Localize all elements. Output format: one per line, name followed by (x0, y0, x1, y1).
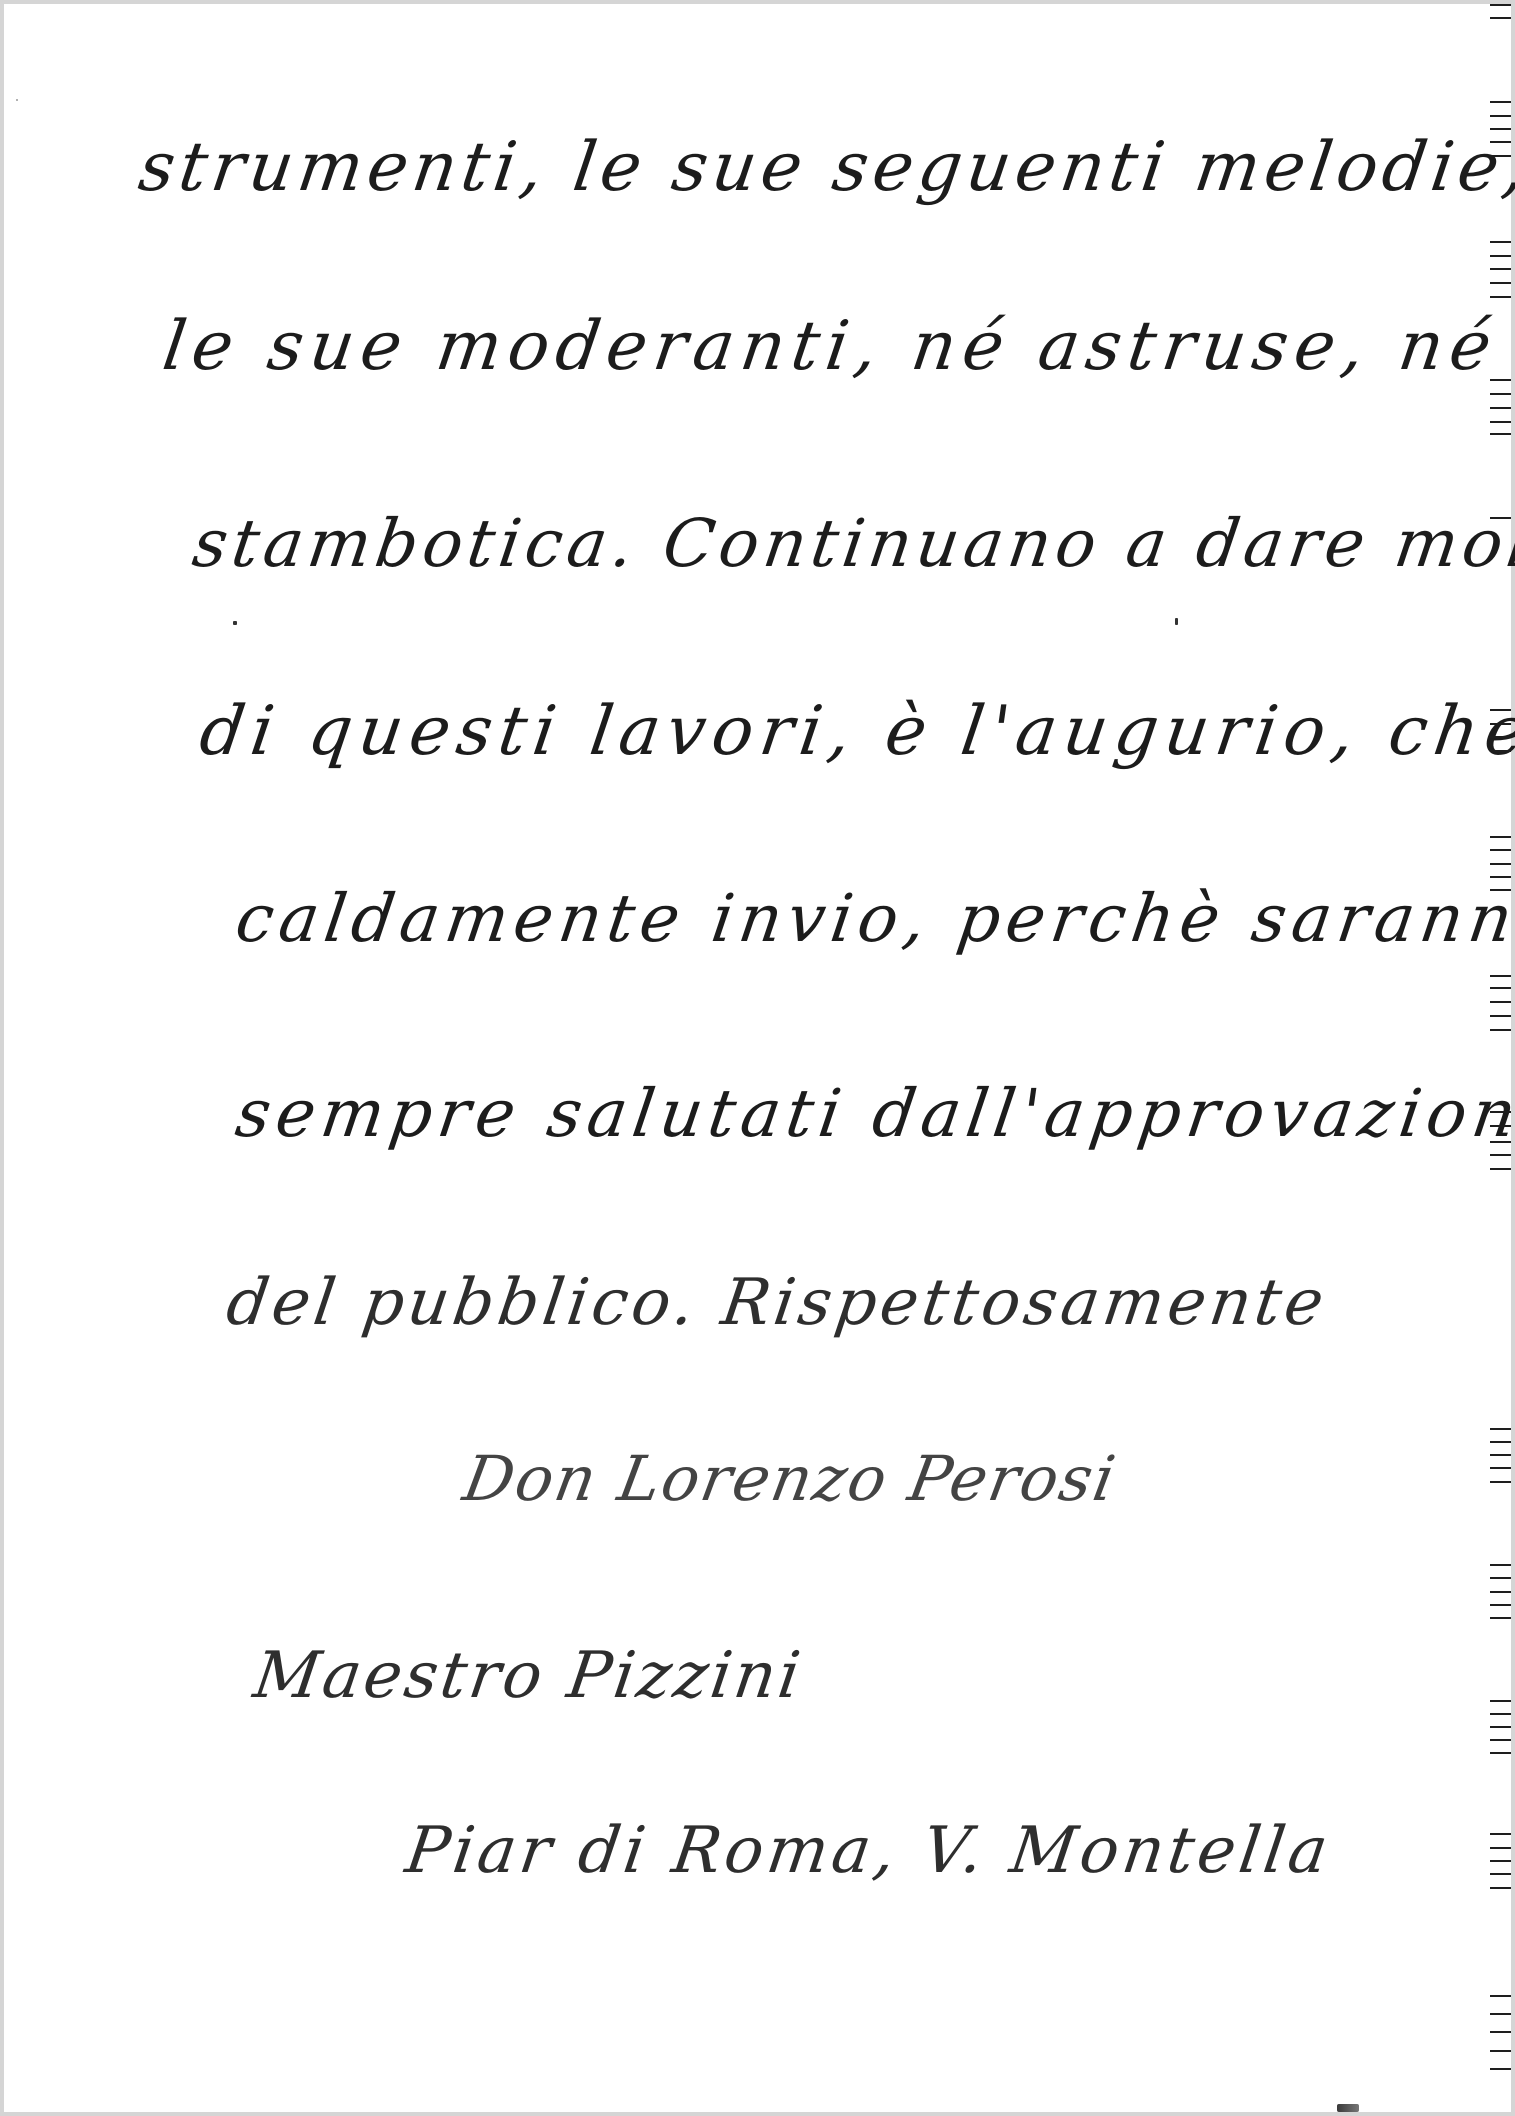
scan-smudge (1337, 2104, 1359, 2112)
signature: Don Lorenzo Perosi (459, 1448, 1121, 1510)
letter-line-3: stambotica. Continuano a dare molti (189, 511, 1515, 577)
letter-line-7: del pubblico. Rispettosamente (223, 1271, 1331, 1335)
letter-line-2: le sue moderanti, né astruse, né (159, 313, 1502, 381)
letter-line-1: strumenti, le sue seguenti melodie, (135, 134, 1515, 202)
recipient-address: Piar di Roma, V. Montella (402, 1819, 1335, 1883)
ink-speck (1175, 618, 1178, 625)
letter-line-5: caldamente invio, perchè saranno (232, 886, 1515, 952)
ink-speck (233, 621, 237, 625)
recipient-name: Maestro Pizzini (250, 1644, 807, 1708)
letter-line-4: di questi lavori, è l'augurio, che (196, 698, 1515, 766)
letter-line-6: sempre salutati dall'approvazione (232, 1081, 1515, 1147)
ink-speck (16, 99, 18, 101)
letter-page: strumenti, le sue seguenti melodie, le s… (4, 4, 1511, 2112)
